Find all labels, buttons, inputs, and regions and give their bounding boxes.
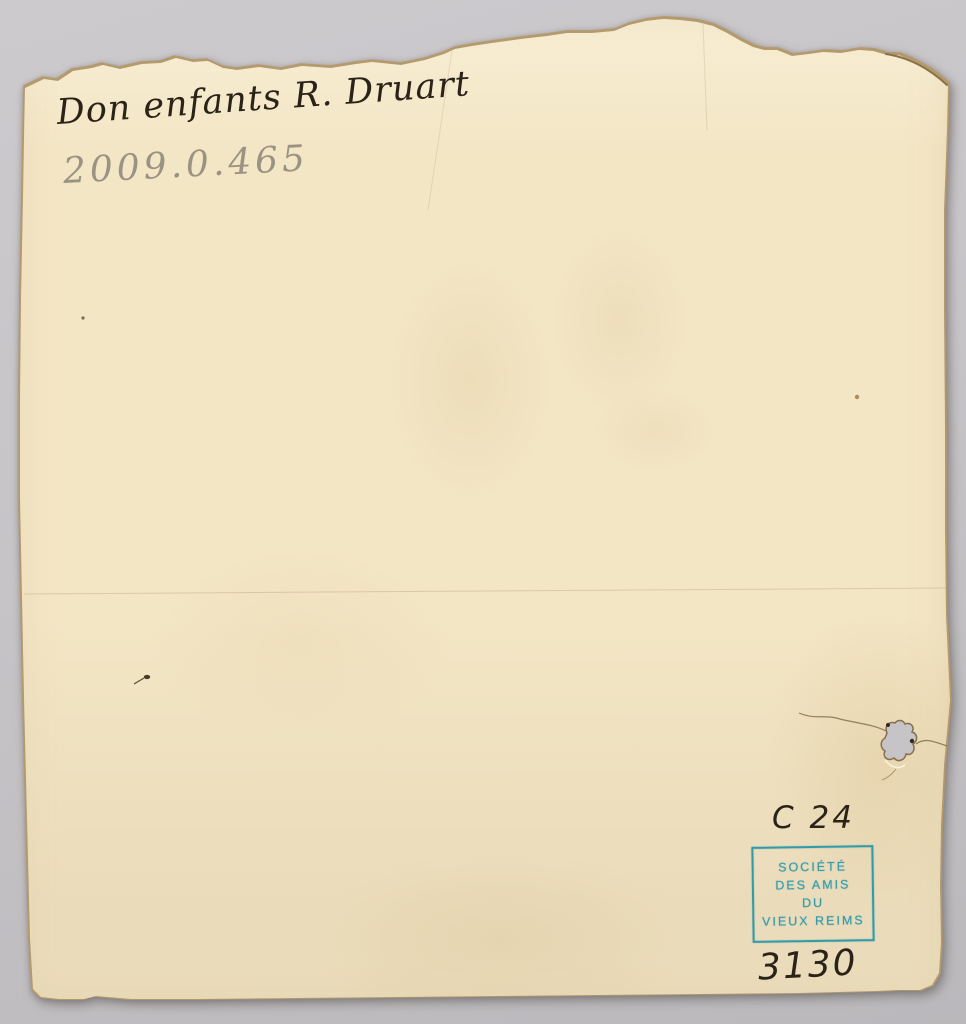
stamp-line: DES AMIS — [775, 877, 850, 892]
handwritten-classification-code: C 24 — [772, 803, 855, 834]
stamp-line: VIEUX REIMS — [762, 913, 865, 928]
photographed-document: Don enfants R. Druart 2009.0.465 C 24 SO… — [0, 0, 966, 1024]
stamp-line: DU — [802, 896, 824, 910]
society-stamp: SOCIÉTÉ DES AMIS DU VIEUX REIMS — [751, 845, 874, 943]
stamp-line: SOCIÉTÉ — [778, 860, 847, 875]
handwritten-number: 3130 — [757, 945, 858, 986]
